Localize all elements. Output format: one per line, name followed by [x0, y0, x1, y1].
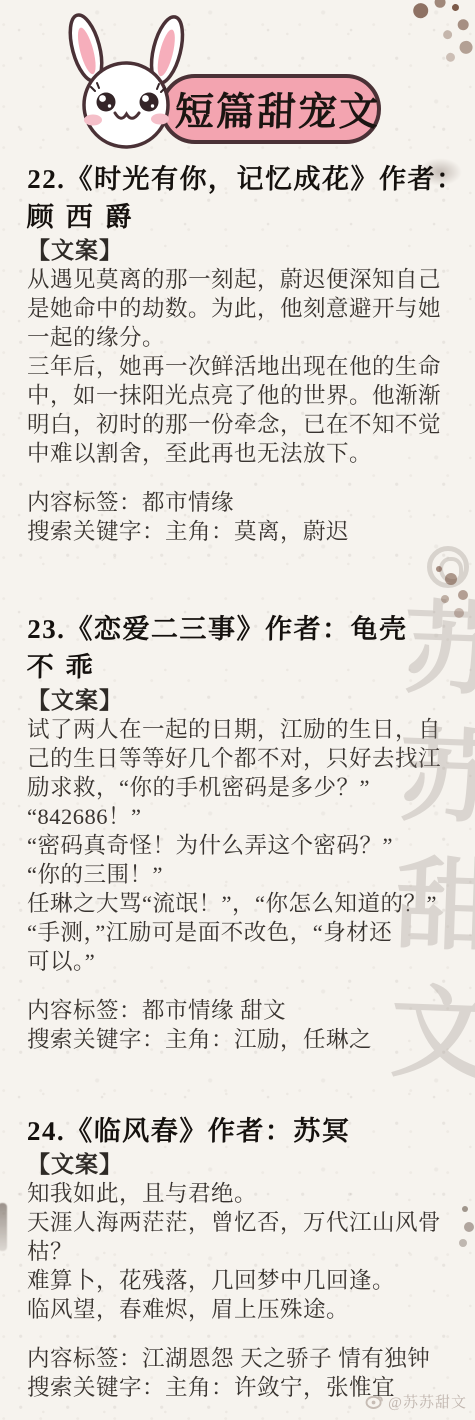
watermark-handle: @苏苏甜文 — [365, 1391, 467, 1412]
recommendation-list-image: 苏苏甜文 短篇甜宠文 — [0, 0, 475, 1420]
synopsis-line: 己的生日等等好几个都不对，只好去找江 — [27, 744, 461, 773]
novel-author-line: 不乖 — [26, 648, 461, 686]
synopsis-line: 枯？ — [27, 1237, 461, 1266]
novel-title-line: 24.《临风春》作者：苏冥 — [27, 1112, 462, 1150]
search-keywords: 搜索关键字：主角：莫离，蔚迟 — [27, 517, 461, 546]
synopsis-line: 任琳之大骂“流氓！”，“你怎么知道的？” — [27, 889, 461, 918]
rabbit-icon — [55, 3, 205, 153]
novel-title: 24.《临风春》作者：苏冥 — [27, 1112, 462, 1150]
search-keywords: 搜索关键字：主角：江励，任琳之 — [27, 1025, 461, 1054]
novel-entry: 24.《临风春》作者：苏冥 【文案】 知我如此，且与君绝。 天涯人海两茫茫，曾忆… — [0, 1112, 475, 1402]
synopsis-line: 三年后，她再一次鲜活地出现在他的生命 — [27, 352, 461, 381]
synopsis-line: 是她命中的劫数。为此，他刻意避开与她 — [27, 294, 461, 323]
synopsis-line: 中，如一抹阳光点亮了他的世界。他渐渐 — [27, 381, 461, 410]
header: 短篇甜宠文 — [0, 0, 475, 160]
novel-title: 22.《时光有你，记忆成花》作者： 顾西爵 — [26, 160, 461, 236]
novel-title: 23.《恋爱二三事》作者：龟壳 不乖 — [26, 610, 461, 686]
synopsis-line: “842686！” — [27, 802, 461, 831]
weibo-icon — [365, 1394, 384, 1409]
synopsis-label: 【文案】 — [27, 1150, 461, 1179]
novel-entry: 22.《时光有你，记忆成花》作者： 顾西爵 【文案】 从遇见莫离的那一刻起，蔚迟… — [0, 160, 475, 546]
novel-title-line: 22.《时光有你，记忆成花》作者： — [27, 160, 462, 198]
synopsis-line: “你的三围！” — [27, 860, 461, 889]
meta-block: 内容标签：都市情缘 甜文 搜索关键字：主角：江励，任琳之 — [27, 996, 461, 1054]
synopsis-line: 从遇见莫离的那一刻起，蔚迟便深知自己 — [27, 265, 461, 294]
meta-block: 内容标签：都市情缘 搜索关键字：主角：莫离，蔚迟 — [27, 488, 461, 546]
synopsis-label: 【文案】 — [27, 236, 461, 265]
synopsis-line: 试了两人在一起的日期，江励的生日，自 — [27, 715, 461, 744]
novel-title-line: 23.《恋爱二三事》作者：龟壳 — [27, 610, 462, 648]
synopsis-line: 中难以割舍，至此再也无法放下。 — [27, 439, 461, 468]
content-tags: 内容标签：江湖恩怨 天之骄子 情有独钟 — [27, 1344, 461, 1373]
synopsis-line: 天涯人海两茫茫，曾忆否，万代江山风骨 — [27, 1208, 461, 1237]
content-tags: 内容标签：都市情缘 甜文 — [27, 996, 461, 1025]
synopsis-line: 临风望，春难烬，眉上压殊途。 — [27, 1295, 461, 1324]
synopsis-line: 知我如此，且与君绝。 — [27, 1179, 461, 1208]
novel-author-line: 顾西爵 — [26, 198, 461, 236]
content-tags: 内容标签：都市情缘 — [27, 488, 461, 517]
weibo-watermark-logo-icon — [427, 546, 469, 588]
synopsis-line: “密码真奇怪！为什么弄这个密码？” — [27, 831, 461, 860]
synopsis-line: “手测，”江励可是面不改色，“身材还 — [27, 918, 461, 947]
synopsis-line: 难算卜，花残落，几回梦中几回逢。 — [27, 1266, 461, 1295]
synopsis-line: 可以。” — [27, 947, 461, 976]
synopsis-label: 【文案】 — [27, 686, 461, 715]
synopsis-line: 明白，初时的那一份牵念，已在不知不觉 — [27, 410, 461, 439]
watermark-handle-text: @苏苏甜文 — [388, 1391, 467, 1412]
synopsis-line: 励求救，“你的手机密码是多少？” — [27, 773, 461, 802]
synopsis-line: 一起的缘分。 — [27, 323, 461, 352]
novel-entry: 23.《恋爱二三事》作者：龟壳 不乖 【文案】 试了两人在一起的日期，江励的生日… — [0, 610, 475, 1054]
